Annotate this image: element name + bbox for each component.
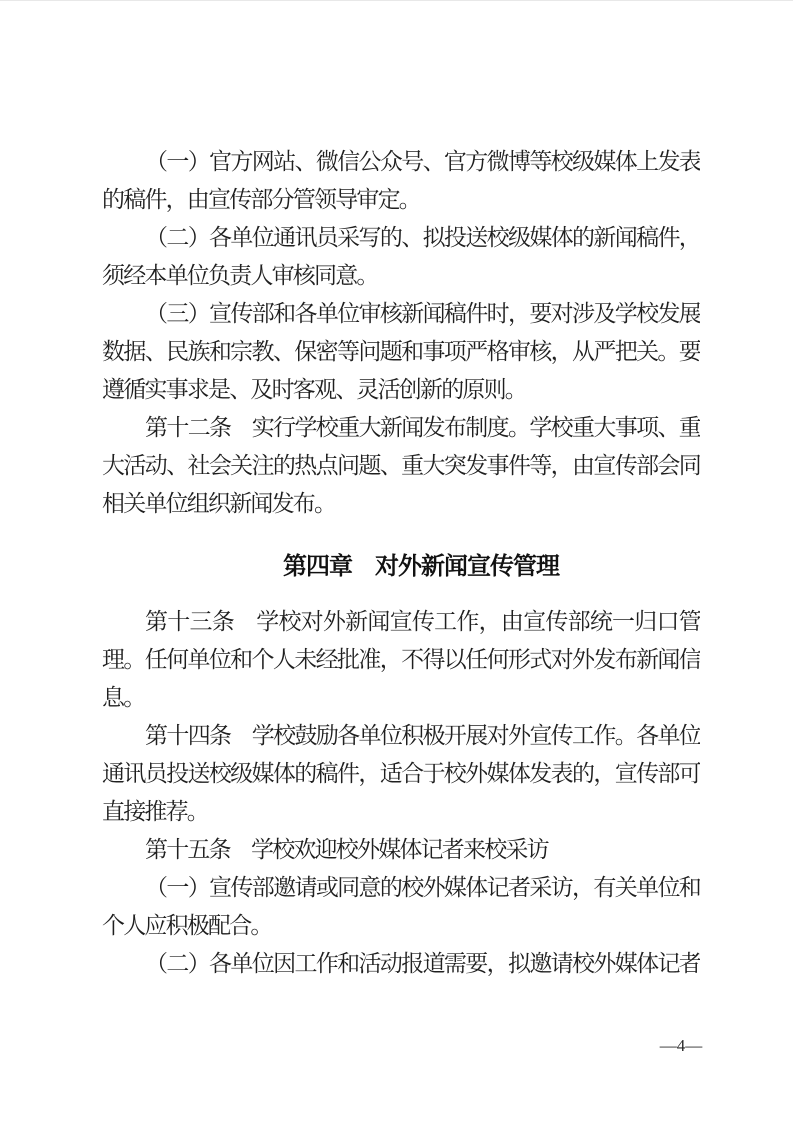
body-text-line: （三）宣传部和各单位审核新闻稿件时，要对涉及学校发展 xyxy=(102,295,700,333)
body-text-line: （一）官方网站、微信公众号、官方微博等校级媒体上发表 xyxy=(102,143,700,181)
body-text-line: （二）各单位通讯员采写的、拟投送校级媒体的新闻稿件， xyxy=(102,219,700,257)
body-text-line: 直接推荐。 xyxy=(102,793,700,831)
body-text-line: 的稿件，由宣传部分管领导审定。 xyxy=(102,181,700,219)
body-text-line: 大活动、社会关注的热点问题、重大突发事件等，由宣传部会同 xyxy=(102,447,700,485)
body-text-line: （一）宣传部邀请或同意的校外媒体记者采访，有关单位和 xyxy=(102,869,700,907)
body-text-line: 第十五条 学校欢迎校外媒体记者来校采访 xyxy=(102,831,700,869)
document-body: （一）官方网站、微信公众号、官方微博等校级媒体上发表 的稿件，由宣传部分管领导审… xyxy=(102,143,700,983)
body-text-line: 相关单位组织新闻发布。 xyxy=(102,485,700,523)
body-text-line: 第十二条 实行学校重大新闻发布制度。学校重大事项、重 xyxy=(102,409,700,447)
document-page: （一）官方网站、微信公众号、官方微博等校级媒体上发表 的稿件，由宣传部分管领导审… xyxy=(0,0,793,1123)
body-text-line: 须经本单位负责人审核同意。 xyxy=(102,257,700,295)
body-text-line: 第十三条 学校对外新闻宣传工作，由宣传部统一归口管 xyxy=(102,603,700,641)
body-text-line: 第十四条 学校鼓励各单位积极开展对外宣传工作。各单位 xyxy=(102,717,700,755)
body-text-line: （二）各单位因工作和活动报道需要，拟邀请校外媒体记者 xyxy=(102,945,700,983)
body-text-line: 遵循实事求是、及时客观、灵活创新的原则。 xyxy=(102,371,700,409)
page-number: —4— xyxy=(645,1033,717,1059)
body-text-line: 个人应积极配合。 xyxy=(102,907,700,945)
body-text-line: 息。 xyxy=(102,679,700,717)
chapter-heading: 第四章 对外新闻宣传管理 xyxy=(122,547,720,587)
body-text-line: 理。任何单位和个人未经批准，不得以任何形式对外发布新闻信 xyxy=(102,641,700,679)
body-text-line: 数据、民族和宗教、保密等问题和事项严格审核，从严把关。要 xyxy=(102,333,700,371)
body-text-line: 通讯员投送校级媒体的稿件，适合于校外媒体发表的，宣传部可 xyxy=(102,755,700,793)
